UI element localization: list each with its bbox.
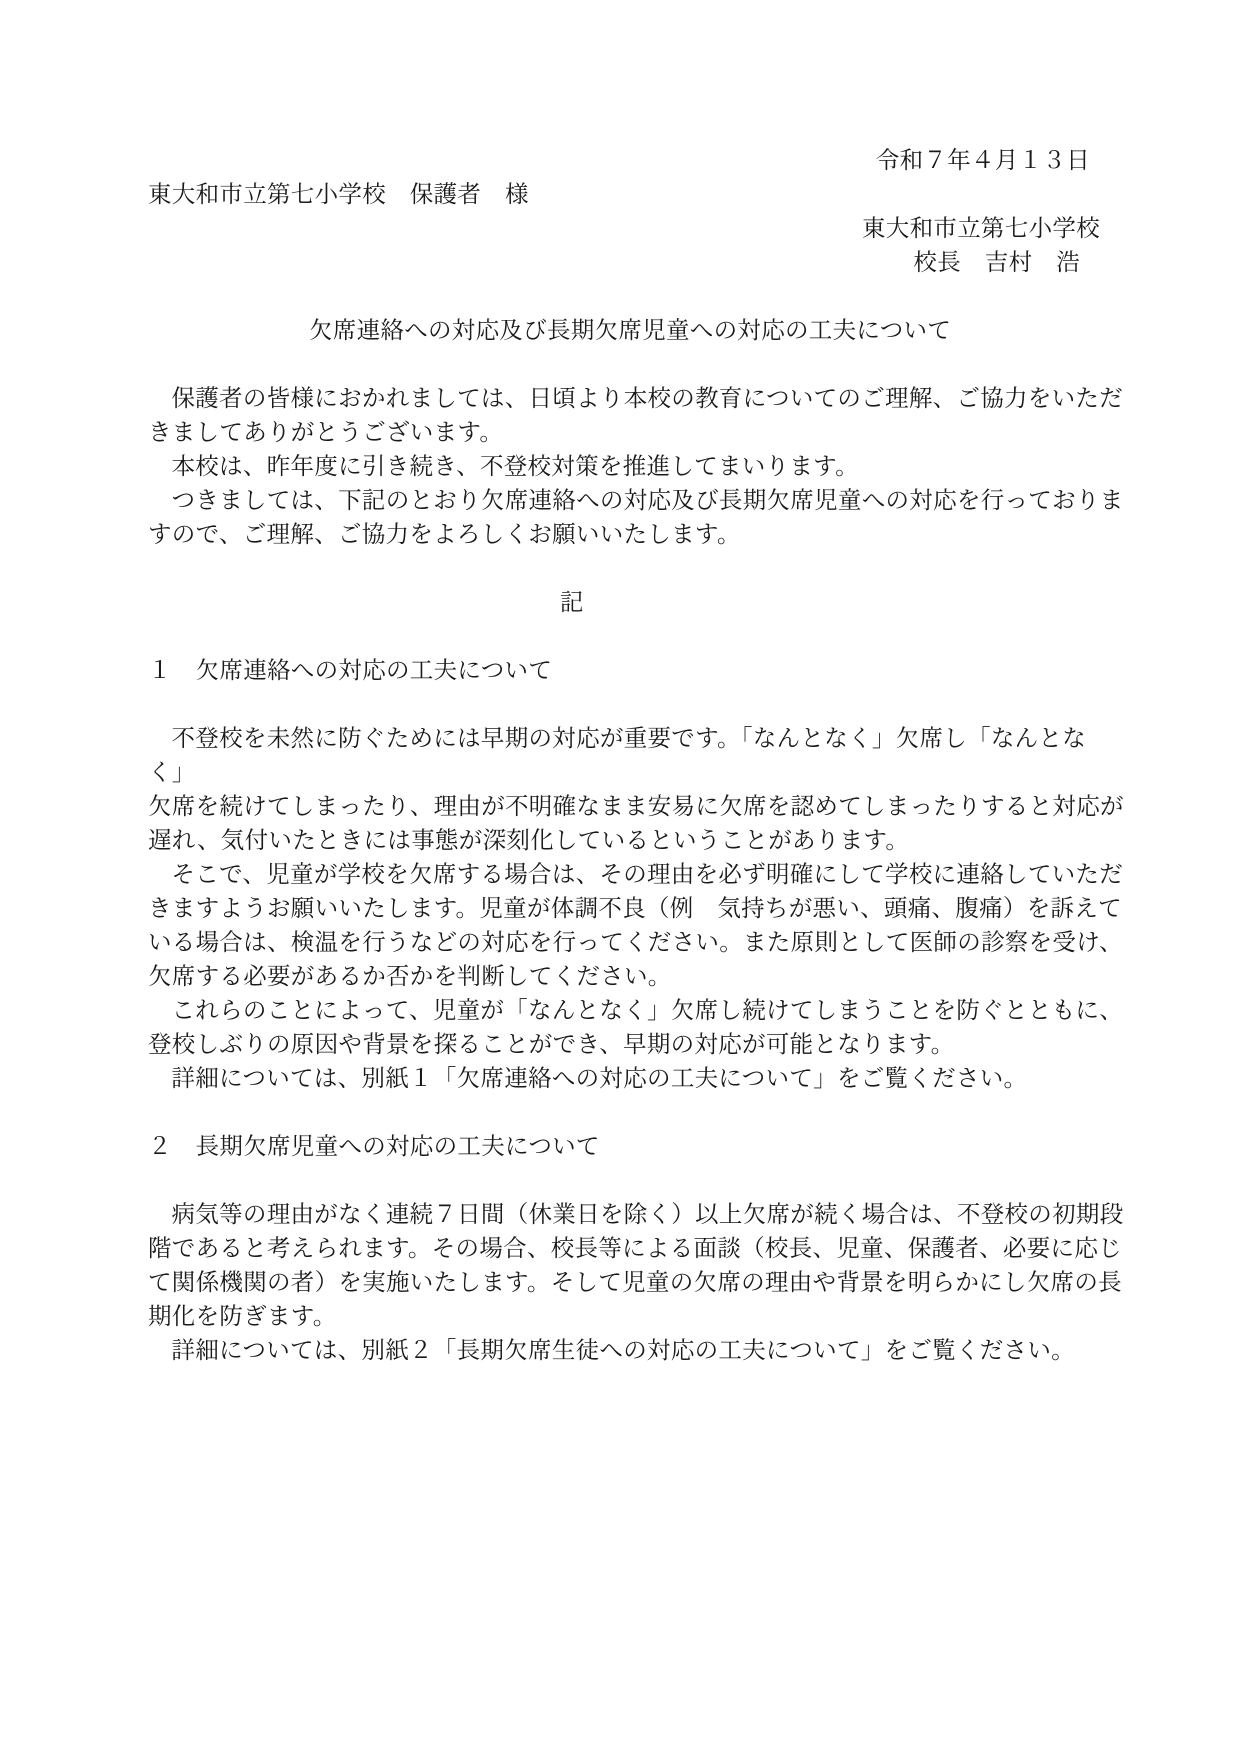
- policy-paragraph: 本校は、昨年度に引き続き、不登校対策を推進してまいります。: [0, 449, 1241, 483]
- section-2-paragraph-1: 病気等の理由がなく連続７日間（休業日を除く）以上欠席が続く場合は、不登校の初期段…: [0, 1197, 1241, 1333]
- section-1-paragraph-4: 詳細については、別紙１「欠席連絡への対応の工夫について」をご覧ください。: [0, 1061, 1241, 1095]
- greeting-paragraph: 保護者の皆様におかれましては、日頃より本校の教育についてのご理解、ご協力をいただ…: [0, 381, 1241, 449]
- section-2-heading: ２ 長期欠席児童への対応の工夫について: [0, 1129, 1241, 1163]
- section-2-paragraph-2: 詳細については、別紙２「長期欠席生徒への対応の工夫について」をご覧ください。: [0, 1333, 1241, 1367]
- date-line: 令和７年４月１３日: [0, 143, 1241, 177]
- section-1-heading: １ 欠席連絡への対応の工夫について: [0, 653, 1241, 687]
- sender-principal: 校長 吉村 浩: [0, 245, 1241, 279]
- addressee-line: 東大和市立第七小学校 保護者 様: [0, 177, 1241, 211]
- section-1-paragraph-3: これらのことによって、児童が「なんとなく」欠席し続けてしまうことを防ぐとともに、…: [0, 993, 1241, 1061]
- record-marker: 記: [0, 585, 1241, 619]
- section-1-paragraph-2: そこで、児童が学校を欠席する場合は、その理由を必ず明確にして学校に連絡していただ…: [0, 857, 1241, 993]
- section-1-paragraph-1: 不登校を未然に防ぐためには早期の対応が重要です。「なんとなく」欠席し「なんとなく…: [0, 721, 1241, 857]
- letter-page: 令和７年４月１３日 東大和市立第七小学校 保護者 様 東大和市立第七小学校 校長…: [0, 0, 1241, 1755]
- document-title: 欠席連絡への対応及び長期欠席児童への対応の工夫について: [0, 313, 1241, 347]
- request-paragraph: つきましては、下記のとおり欠席連絡への対応及び長期欠席児童への対応を行っておりま…: [0, 483, 1241, 551]
- sender-organization: 東大和市立第七小学校: [0, 211, 1241, 245]
